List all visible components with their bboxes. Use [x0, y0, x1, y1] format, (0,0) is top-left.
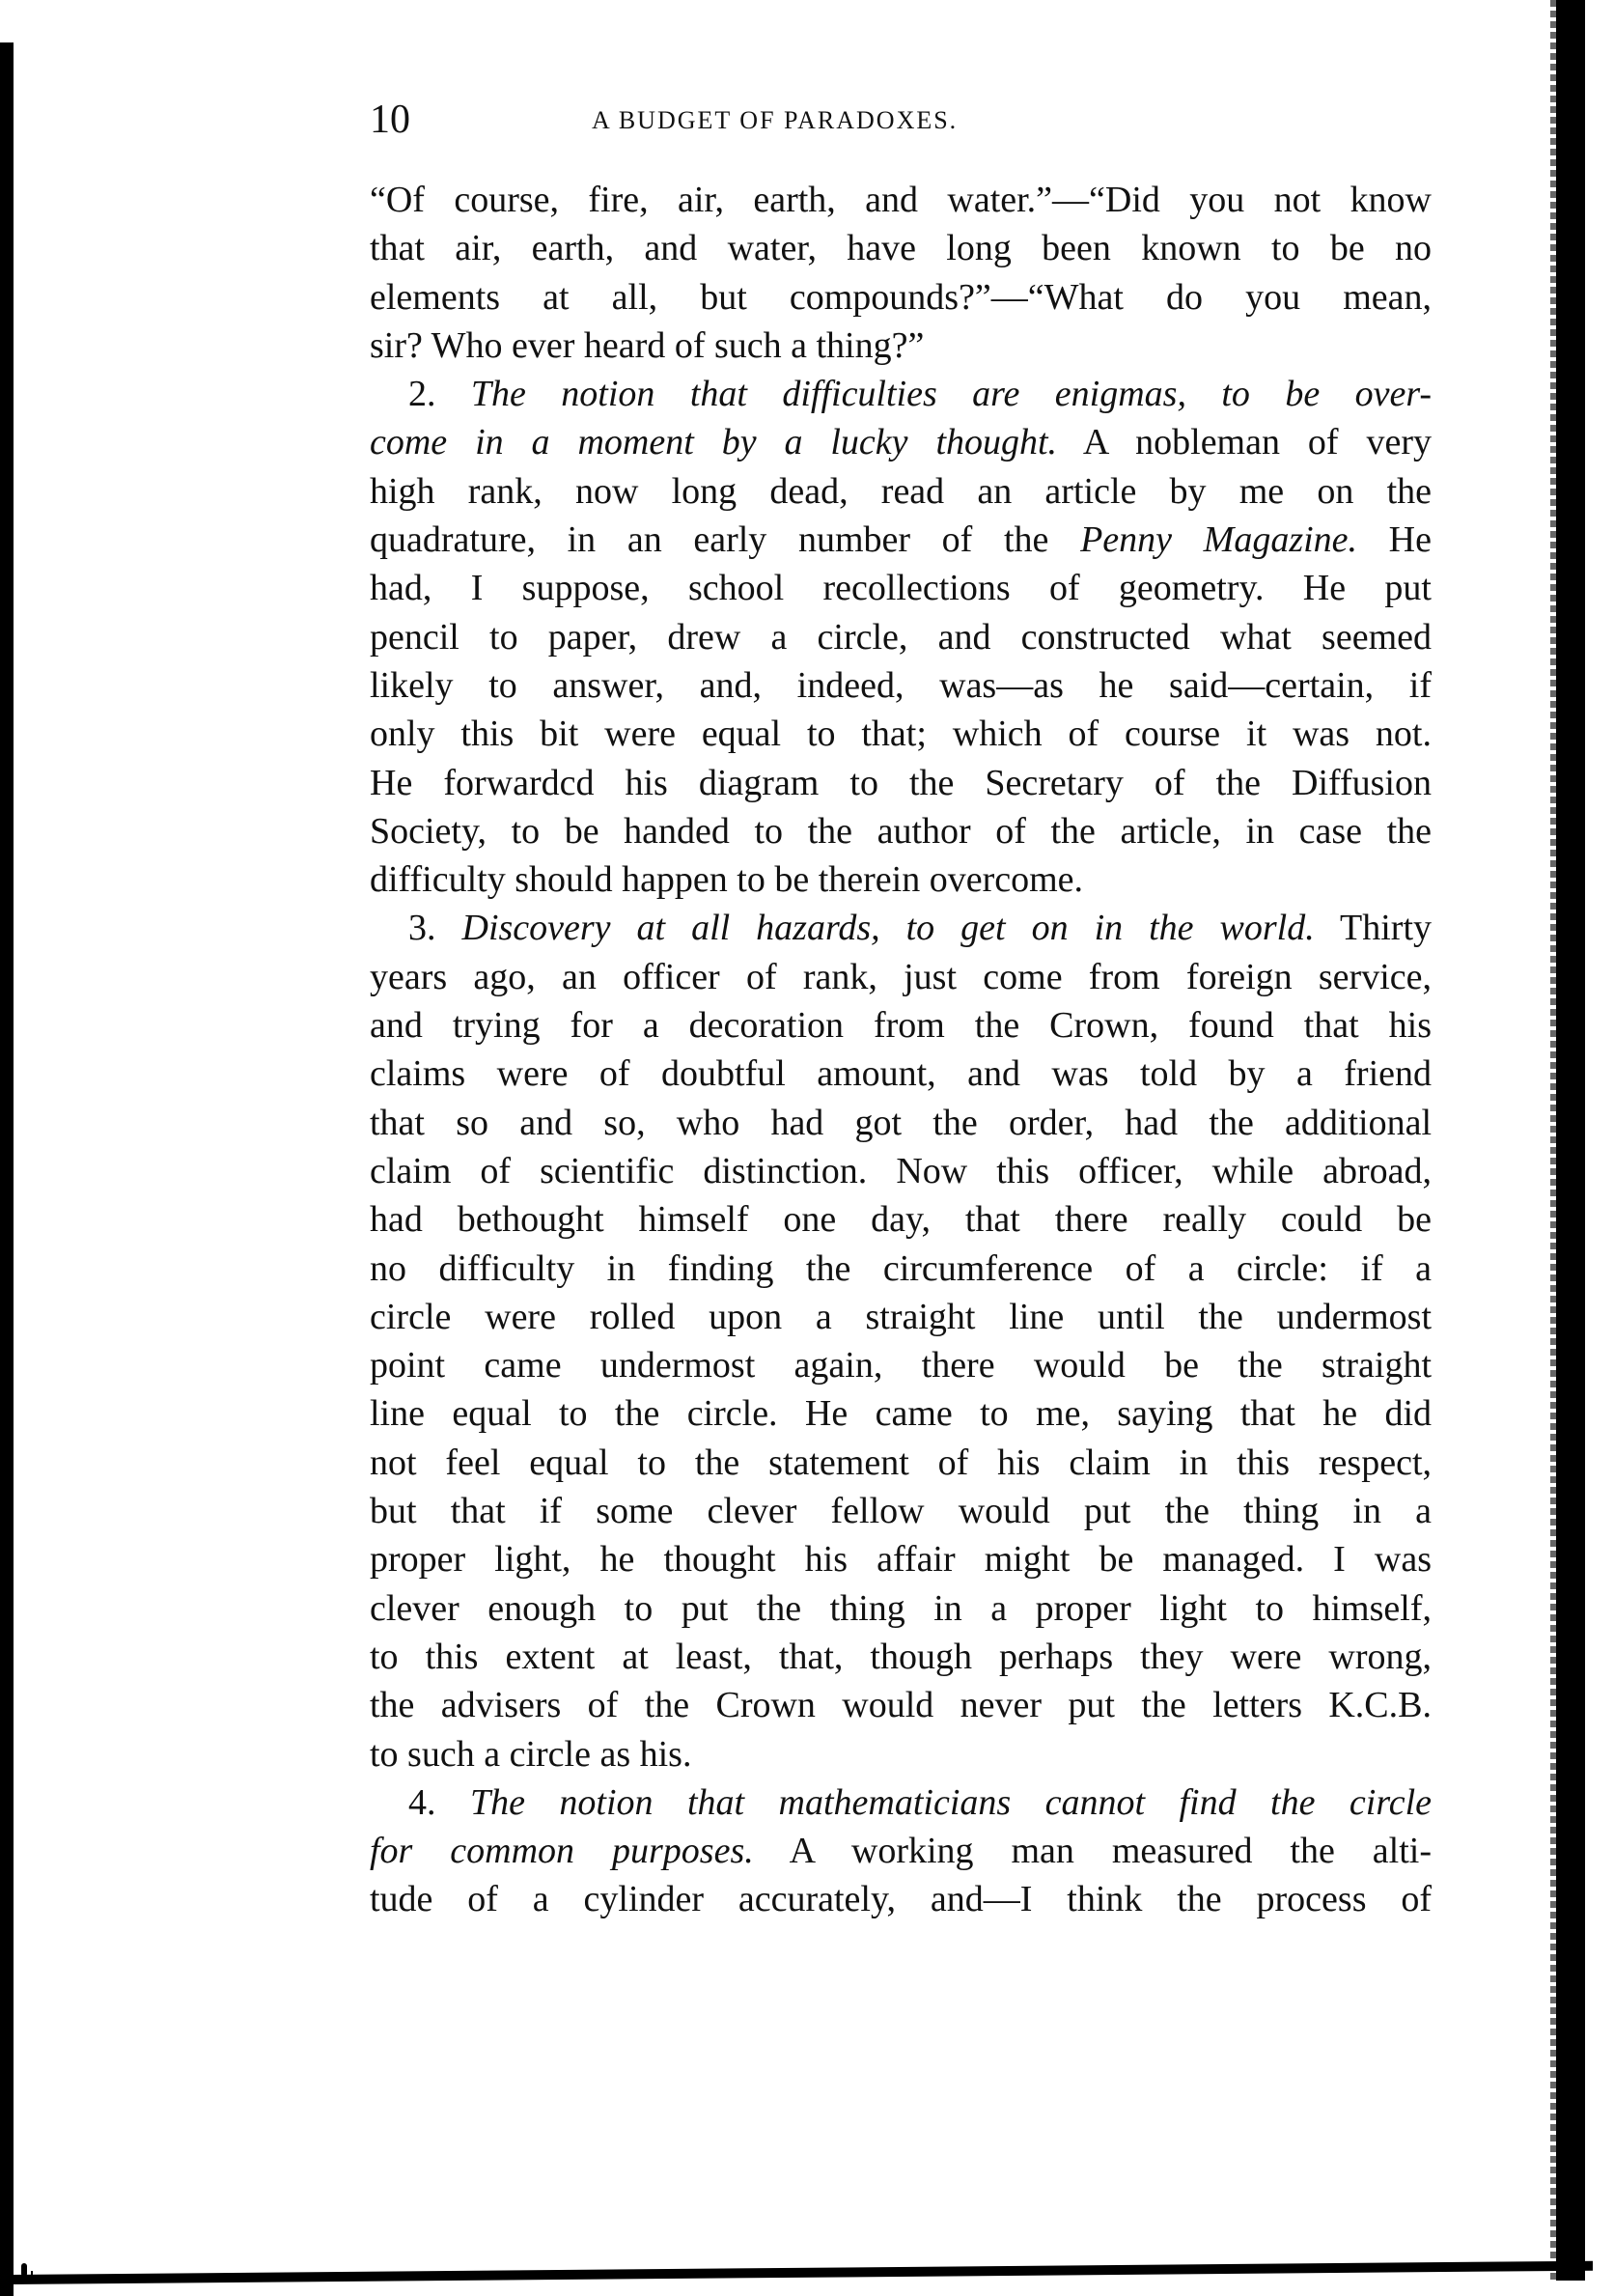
text-line: difficulty should happen to be therein o… — [370, 855, 1432, 904]
text-line: point came undermost again, there would … — [370, 1341, 1432, 1389]
italic-heading: The notion that difficulties are enigmas… — [471, 374, 1432, 414]
item-number: 4. — [408, 1782, 436, 1823]
italic-heading: come in a moment by a lucky thought. — [370, 422, 1057, 462]
book-page: 10 A BUDGET OF PARADOXES. “Of course, fi… — [0, 0, 1614, 2296]
text-line: likely to answer, and, indeed, was—as he… — [370, 661, 1432, 710]
page-number: 10 — [370, 97, 410, 143]
item-number: 2. — [408, 374, 436, 414]
text-line: to this extent at least, that, though pe… — [370, 1633, 1432, 1681]
paragraph-4: 4. The notion that mathematicians cannot… — [370, 1778, 1432, 1924]
text-line: Society, to be handed to the author of t… — [370, 807, 1432, 855]
text-line: sir? Who ever heard of such a thing?” — [370, 322, 1432, 370]
text-line: no difficulty in finding the circumferen… — [370, 1245, 1432, 1293]
paragraph-heading-line: 3. Discovery at all hazards, to get on i… — [370, 904, 1432, 952]
text-line: to such a circle as his. — [370, 1730, 1432, 1778]
text-line: and trying for a decoration from the Cro… — [370, 1001, 1432, 1050]
scan-border-left-lower — [0, 1130, 10, 2288]
italic-heading: for common purposes. — [370, 1831, 754, 1871]
text-line: only this bit were equal to that; which … — [370, 710, 1432, 758]
paragraph-2: 2. The notion that difficulties are enig… — [370, 370, 1432, 904]
text-run: quadrature, in an early number of the — [370, 519, 1080, 560]
paragraph-heading-line: come in a moment by a lucky thought. A n… — [370, 418, 1432, 466]
scan-artifact — [21, 2263, 27, 2277]
italic-title: Penny Magazine. — [1080, 519, 1357, 560]
text-line: tude of a cylinder accurately, and—I thi… — [370, 1875, 1432, 1923]
paragraph-1: “Of course, fire, air, earth, and water.… — [370, 176, 1432, 370]
paragraph-heading-line: for common purposes. A working man measu… — [370, 1827, 1432, 1875]
text-line: elements at all, but compounds?”—“What d… — [370, 273, 1432, 322]
text-run: He — [1357, 519, 1432, 560]
italic-heading: The notion that mathematicians cannot fi… — [470, 1782, 1432, 1823]
text-line: proper light, he thought his affair migh… — [370, 1535, 1432, 1583]
text-line: line equal to the circle. He came to me,… — [370, 1389, 1432, 1438]
text-line: the advisers of the Crown would never pu… — [370, 1681, 1432, 1729]
paragraph-heading-line: 2. The notion that difficulties are enig… — [370, 370, 1432, 418]
running-title: A BUDGET OF PARADOXES. — [592, 106, 958, 135]
paragraph-3: 3. Discovery at all hazards, to get on i… — [370, 904, 1432, 1778]
text-line: years ago, an officer of rank, just come… — [370, 953, 1432, 1001]
text-line: He forwardcd his diagram to the Secretar… — [370, 759, 1432, 807]
text-line: that so and so, who had got the order, h… — [370, 1099, 1432, 1147]
text-line: pencil to paper, drew a circle, and cons… — [370, 613, 1432, 661]
paragraph-heading-line: 4. The notion that mathematicians cannot… — [370, 1778, 1432, 1827]
text-run: A working man measured the alti- — [754, 1831, 1432, 1871]
text-line: “Of course, fire, air, earth, and water.… — [370, 176, 1432, 224]
text-line: claims were of doubtful amount, and was … — [370, 1050, 1432, 1098]
scan-artifact — [31, 2271, 33, 2282]
page-body: “Of course, fire, air, earth, and water.… — [370, 176, 1432, 1924]
italic-heading: Discovery at all hazards, to get on in t… — [462, 908, 1315, 948]
text-run: A nobleman of very — [1057, 422, 1432, 462]
text-line: high rank, now long dead, read an articl… — [370, 467, 1432, 516]
scan-border-right — [1556, 0, 1585, 2281]
text-line: had bethought himself one day, that ther… — [370, 1195, 1432, 1244]
text-line: clever enough to put the thing in a prop… — [370, 1584, 1432, 1633]
scan-border-bottom — [10, 2261, 1593, 2284]
running-head: 10 A BUDGET OF PARADOXES. — [370, 89, 1432, 137]
item-number: 3. — [408, 908, 436, 948]
text-line: quadrature, in an early number of the Pe… — [370, 516, 1432, 564]
text-run: Thirty — [1315, 908, 1432, 948]
text-line: that air, earth, and water, have long be… — [370, 224, 1432, 272]
text-line: had, I suppose, school recollections of … — [370, 564, 1432, 612]
text-line: but that if some clever fellow would put… — [370, 1487, 1432, 1535]
text-line: claim of scientific distinction. Now thi… — [370, 1147, 1432, 1195]
text-line: not feel equal to the statement of his c… — [370, 1439, 1432, 1487]
text-line: circle were rolled upon a straight line … — [370, 1293, 1432, 1341]
